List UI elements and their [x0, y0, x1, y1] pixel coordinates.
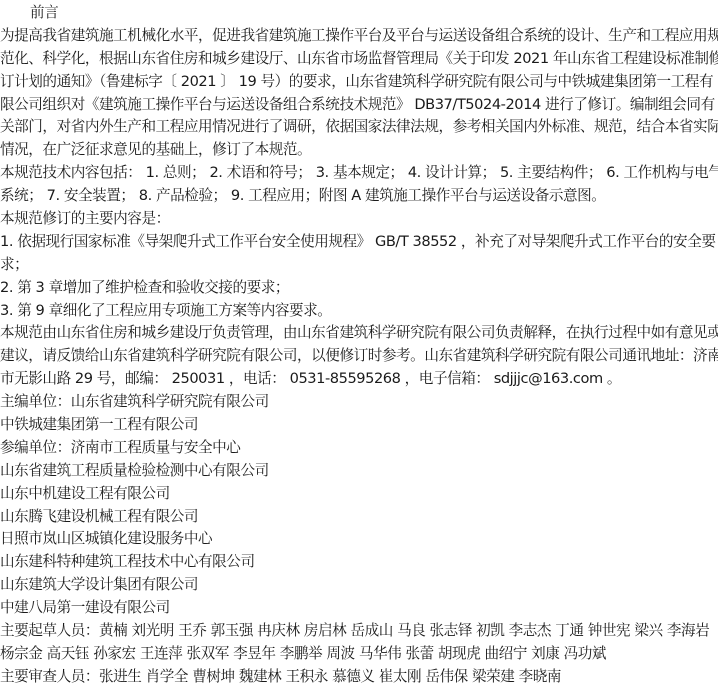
list-item: 2. 第 3 章增加了维护检查和验收交接的要求； [0, 277, 718, 300]
chief-editor-units: 主编单位：山东省建筑科学研究院有限公司 中铁城建集团第一工程有限公司 [0, 391, 718, 437]
text-line: 限公司组织对《建筑施工操作平台与运送设备组合系统技术规范》 DB37/T5024… [0, 94, 718, 117]
intro-paragraph: 为提高我省建筑施工机械化水平，促进我省建筑施工操作平台及平台与运送设备组合系统的… [0, 25, 718, 162]
text-line: 订计划的通知》（鲁建标字〔 2021 〕 19 号）的要求，山东省建筑科学研究院… [0, 71, 718, 94]
text-line: 市无影山路 29 号，邮编： 250031 ，电话： 0531-85595268… [0, 368, 718, 391]
names-line: 杨宗金 高天钰 孙家宏 王连萍 张双军 李昱年 李鹏举 周波 马华伟 张蕾 胡现… [0, 643, 718, 666]
unit-line: 主编单位：山东省建筑科学研究院有限公司 [0, 391, 718, 414]
text-line: 本规范由山东省住房和城乡建设厅负责管理，由山东省建筑科学研究院有限公司负责解释，… [0, 322, 718, 345]
unit-line: 山东省建筑工程质量检验检测中心有限公司 [0, 460, 718, 483]
revision-list: 1. 依据现行国家标准《导架爬升式工作平台安全使用规程》 GB/T 38552 … [0, 231, 718, 323]
text-line: 为提高我省建筑施工机械化水平，促进我省建筑施工操作平台及平台与运送设备组合系统的… [0, 25, 718, 48]
names-line: 主要起草人员：黄楠 刘光明 王乔 郭玉强 冉庆林 房启林 岳成山 马良 张志铎 … [0, 620, 718, 643]
unit-line: 中建八局第一建设有限公司 [0, 597, 718, 620]
list-item: 1. 依据现行国家标准《导架爬升式工作平台安全使用规程》 GB/T 38552 … [0, 231, 718, 254]
main-reviewers: 主要审查人员：张进生 肖学全 曹树坤 魏建林 王积永 慕德义 崔太刚 岳伟保 梁… [0, 666, 718, 688]
list-item: 3. 第 9 章细化了工程应用专项施工方案等内容要求。 [0, 300, 718, 323]
document-body: 前言 为提高我省建筑施工机械化水平，促进我省建筑施工操作平台及平台与运送设备组合… [0, 0, 718, 688]
unit-line: 日照市岚山区城镇化建设服务中心 [0, 528, 718, 551]
text-line: 建议，请反馈给山东省建筑科学研究院有限公司，以便修订时参考。山东省建筑科学研究院… [0, 345, 718, 368]
text-line: 系统； 7. 安全装置； 8. 产品检验； 9. 工程应用；附图 A 建筑施工操… [0, 185, 718, 208]
text-line: 范化、科学化，根据山东省住房和城乡建设厅、山东省市场监督管理局《关于印发 202… [0, 48, 718, 71]
unit-line: 山东中机建设工程有限公司 [0, 483, 718, 506]
main-drafters: 主要起草人员：黄楠 刘光明 王乔 郭玉强 冉庆林 房启林 岳成山 马良 张志铎 … [0, 620, 718, 666]
names-line: 主要审查人员：张进生 肖学全 曹树坤 魏建林 王积永 慕德义 崔太刚 岳伟保 梁… [0, 666, 718, 688]
document-title: 前言 [0, 2, 718, 25]
unit-line: 山东建筑大学设计集团有限公司 [0, 574, 718, 597]
contents-paragraph: 本规范技术内容包括： 1. 总则； 2. 术语和符号； 3. 基本规定； 4. … [0, 162, 718, 208]
unit-line: 山东建科特种建筑工程技术中心有限公司 [0, 551, 718, 574]
list-item: 求； [0, 254, 718, 277]
text-line: 情况，在广泛征求意见的基础上，修订了本规范。 [0, 139, 718, 162]
unit-line: 中铁城建集团第一工程有限公司 [0, 414, 718, 437]
text-line: 关部门，对省内外生产和工程应用情况进行了调研，依据国家法律法规，参考相关国内外标… [0, 116, 718, 139]
unit-line: 参编单位：济南市工程质量与安全中心 [0, 437, 718, 460]
unit-line: 山东腾飞建设机械工程有限公司 [0, 506, 718, 529]
text-line: 本规范技术内容包括： 1. 总则； 2. 术语和符号； 3. 基本规定； 4. … [0, 162, 718, 185]
participating-units: 参编单位：济南市工程质量与安全中心 山东省建筑工程质量检验检测中心有限公司 山东… [0, 437, 718, 620]
management-paragraph: 本规范由山东省住房和城乡建设厅负责管理，由山东省建筑科学研究院有限公司负责解释，… [0, 322, 718, 391]
revision-heading: 本规范修订的主要内容是： [0, 208, 718, 231]
